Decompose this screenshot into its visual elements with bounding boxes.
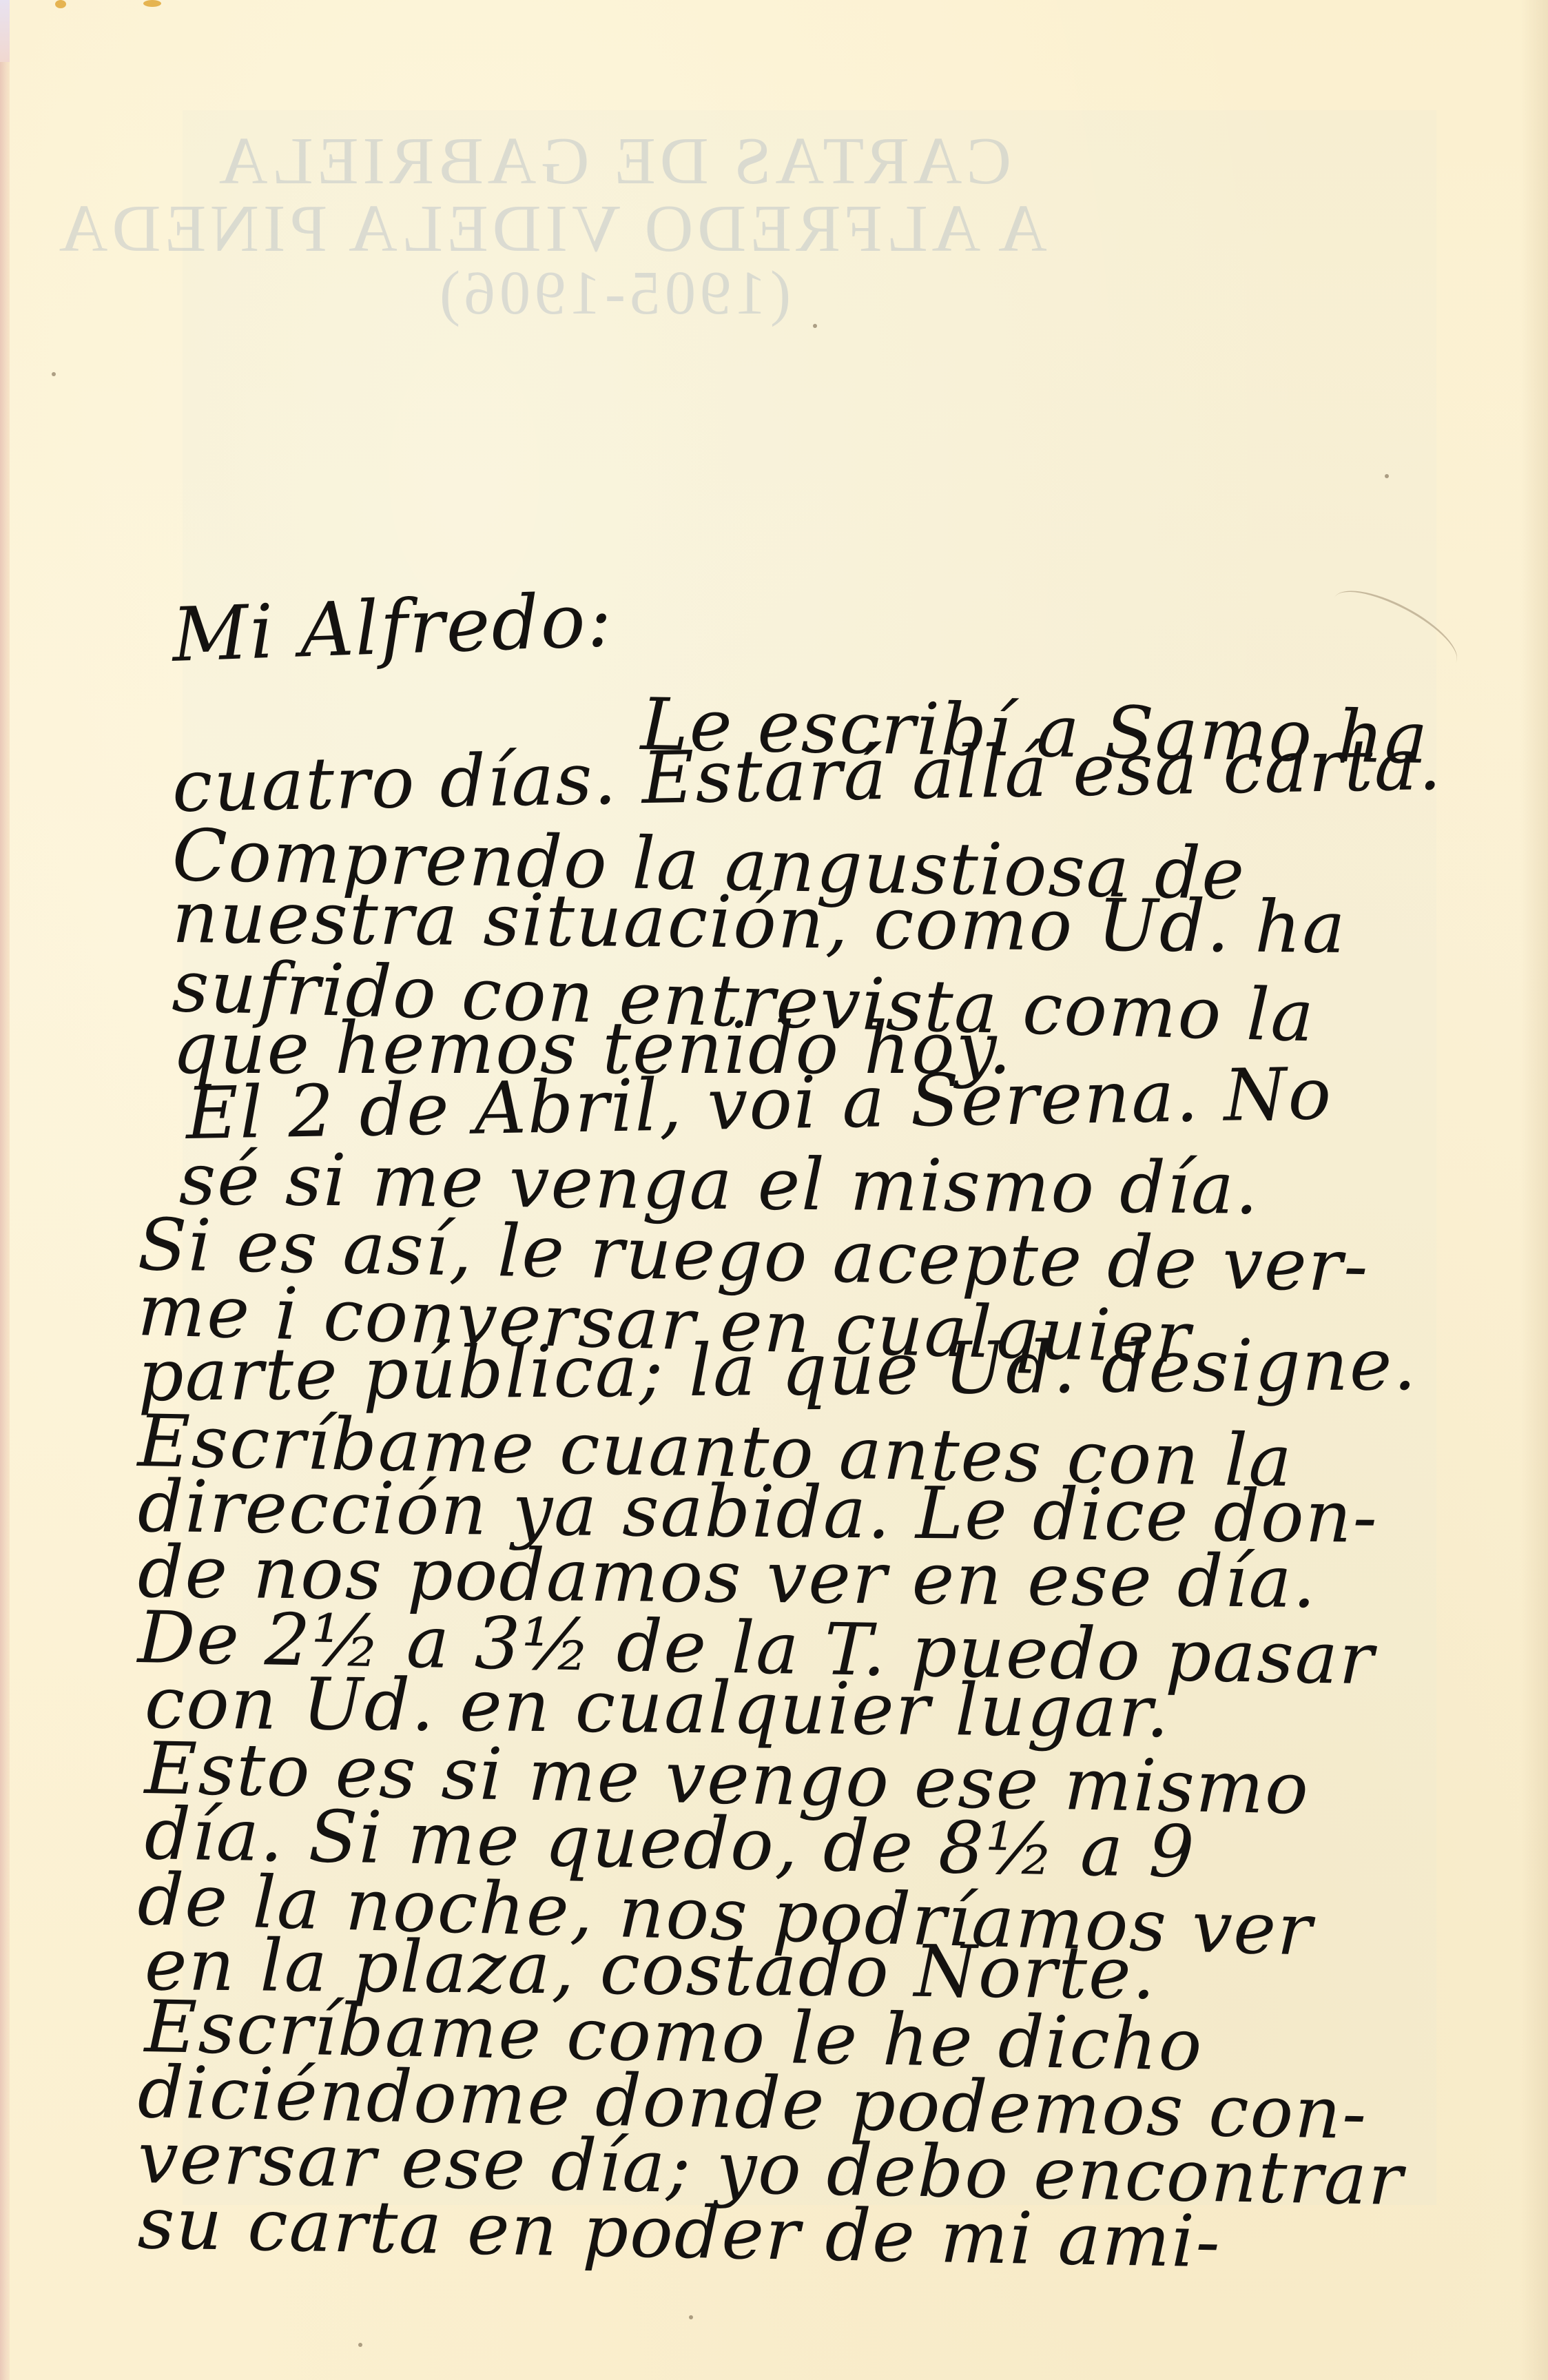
letter-line: su carta en poder de mi ami-	[137, 2181, 1222, 2284]
handwritten-letter: Mi Alfredo: Le escribí a Samo ha cuatro …	[0, 0, 1548, 2380]
letter-line: cuatro días. Estará allá esa carta.	[172, 722, 1443, 828]
letter-greeting: Mi Alfredo:	[171, 577, 615, 679]
scanned-book-page: CARTAS DE GABRIELA A ALFREDO VIDELA PINE…	[0, 0, 1548, 2380]
